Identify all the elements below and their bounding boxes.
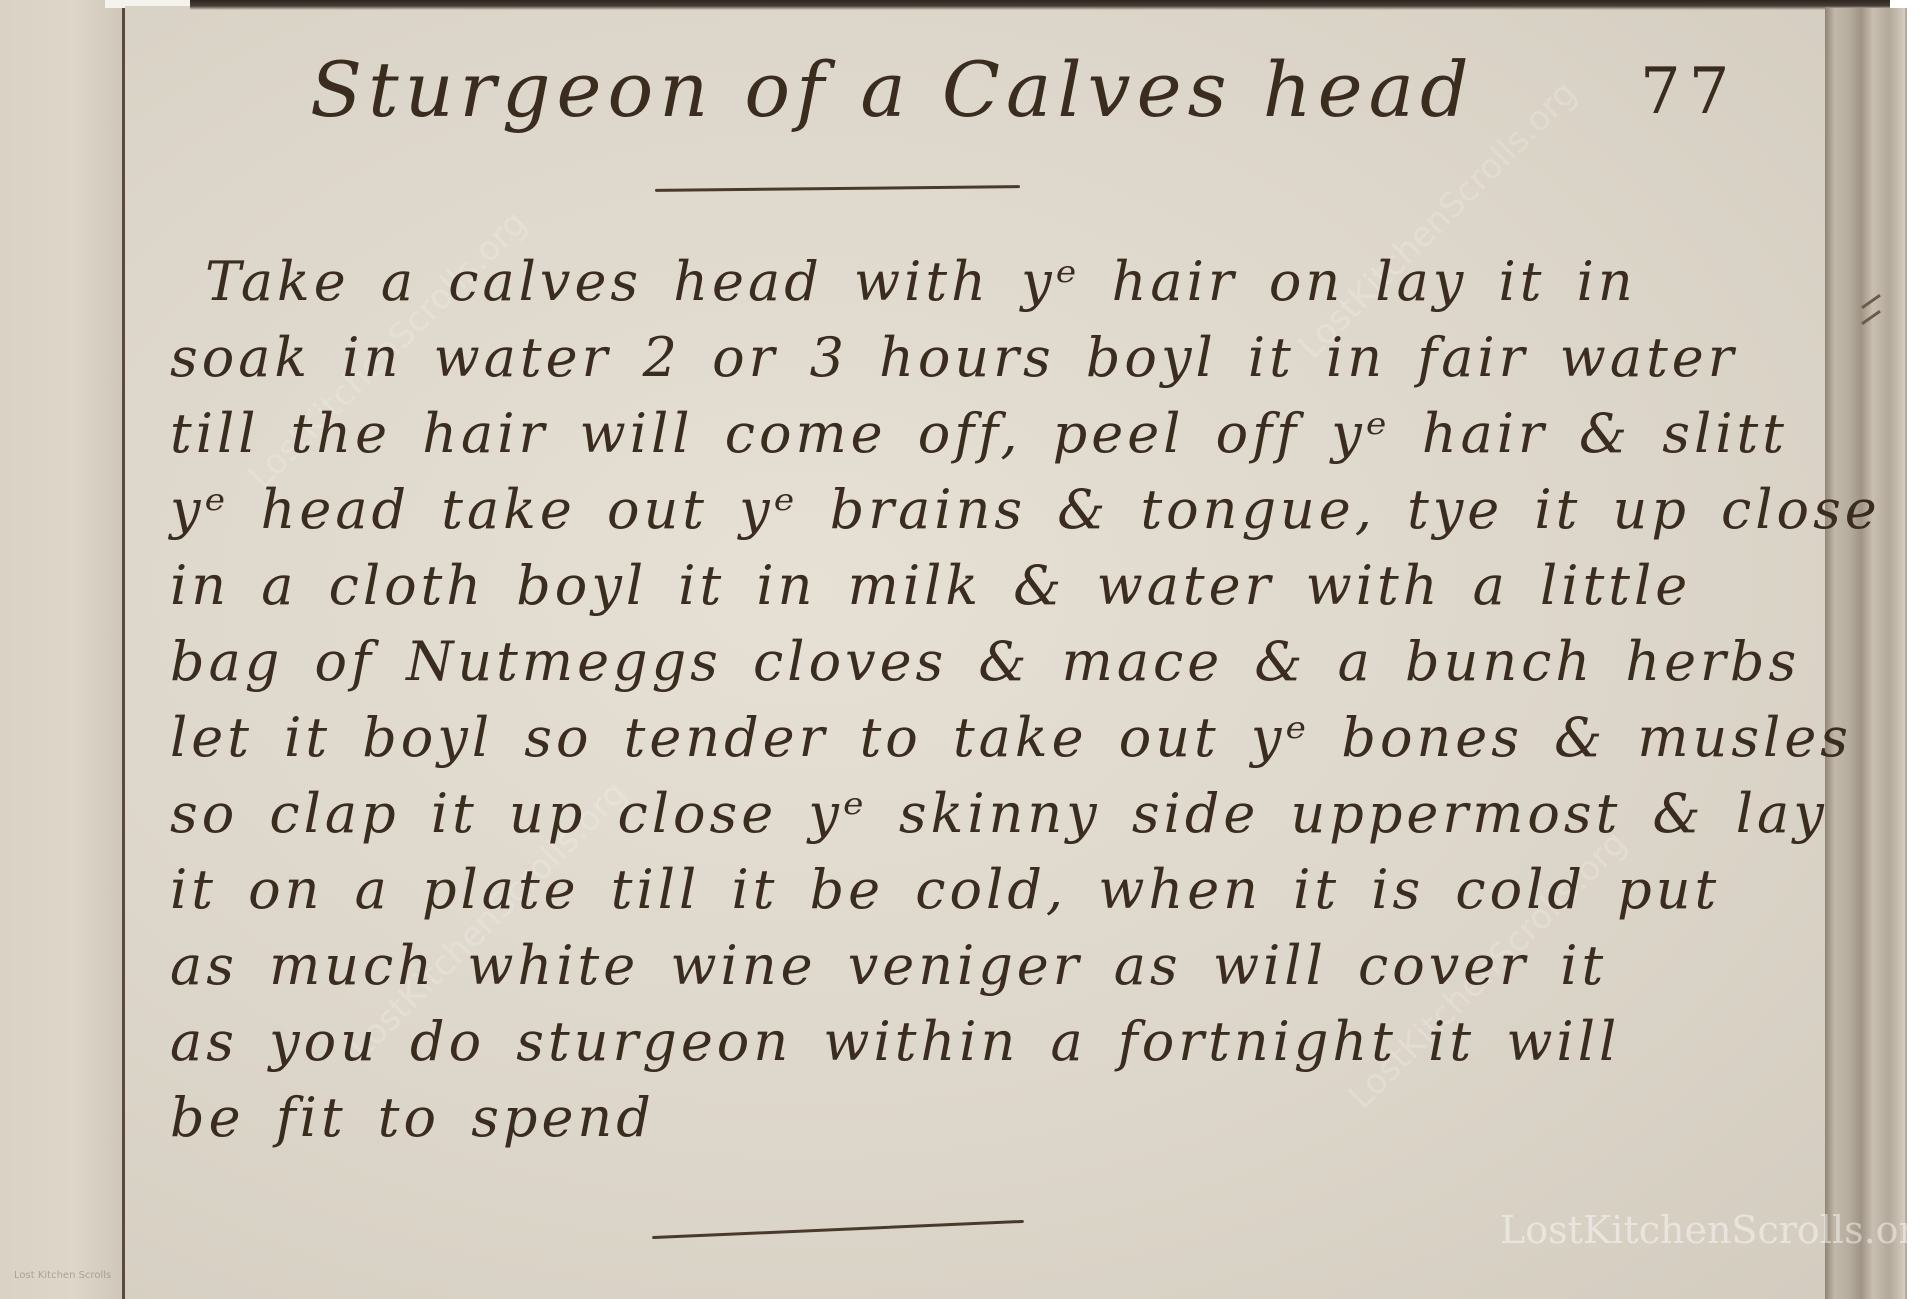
page-number: 77 [1640,55,1737,129]
manuscript-scan: LostKitchenScrolls.org LostKitchenScroll… [0,0,1920,1299]
recipe-line: in a cloth boyl it in milk & water with … [170,554,1691,617]
recipe-line: Take a calves head with yᵉ hair on lay i… [205,250,1637,313]
top-binding-edge [190,0,1890,10]
recipe-line: so clap it up close yᵉ skinny side upper… [170,782,1828,845]
left-facing-page [0,0,124,1299]
site-watermark: LostKitchenScrolls.org [1500,1208,1920,1252]
recipe-line: as you do sturgeon within a fortnight it… [170,1010,1620,1073]
recipe-line: be fit to spend [170,1086,655,1149]
recipe-line: soak in water 2 or 3 hours boyl it in fa… [170,326,1738,389]
recipe-line: yᵉ head take out yᵉ brains & tongue, tye… [170,478,1881,541]
book-gutter [122,8,125,1299]
page-edge-stack [1825,8,1907,1299]
recipe-line: let it boyl so tender to take out yᵉ bon… [170,706,1852,769]
corner-stamp: Lost Kitchen Scrolls [14,1270,111,1281]
recipe-line: it on a plate till it be cold, when it i… [170,858,1720,921]
recipe-line: bag of Nutmeggs cloves & mace & a bunch … [170,630,1800,693]
recipe-line: till the hair will come off, peel off yᵉ… [170,402,1788,465]
recipe-title: Sturgeon of a Calves head [310,45,1475,134]
recipe-line: as much white wine veniger as will cover… [170,934,1607,997]
